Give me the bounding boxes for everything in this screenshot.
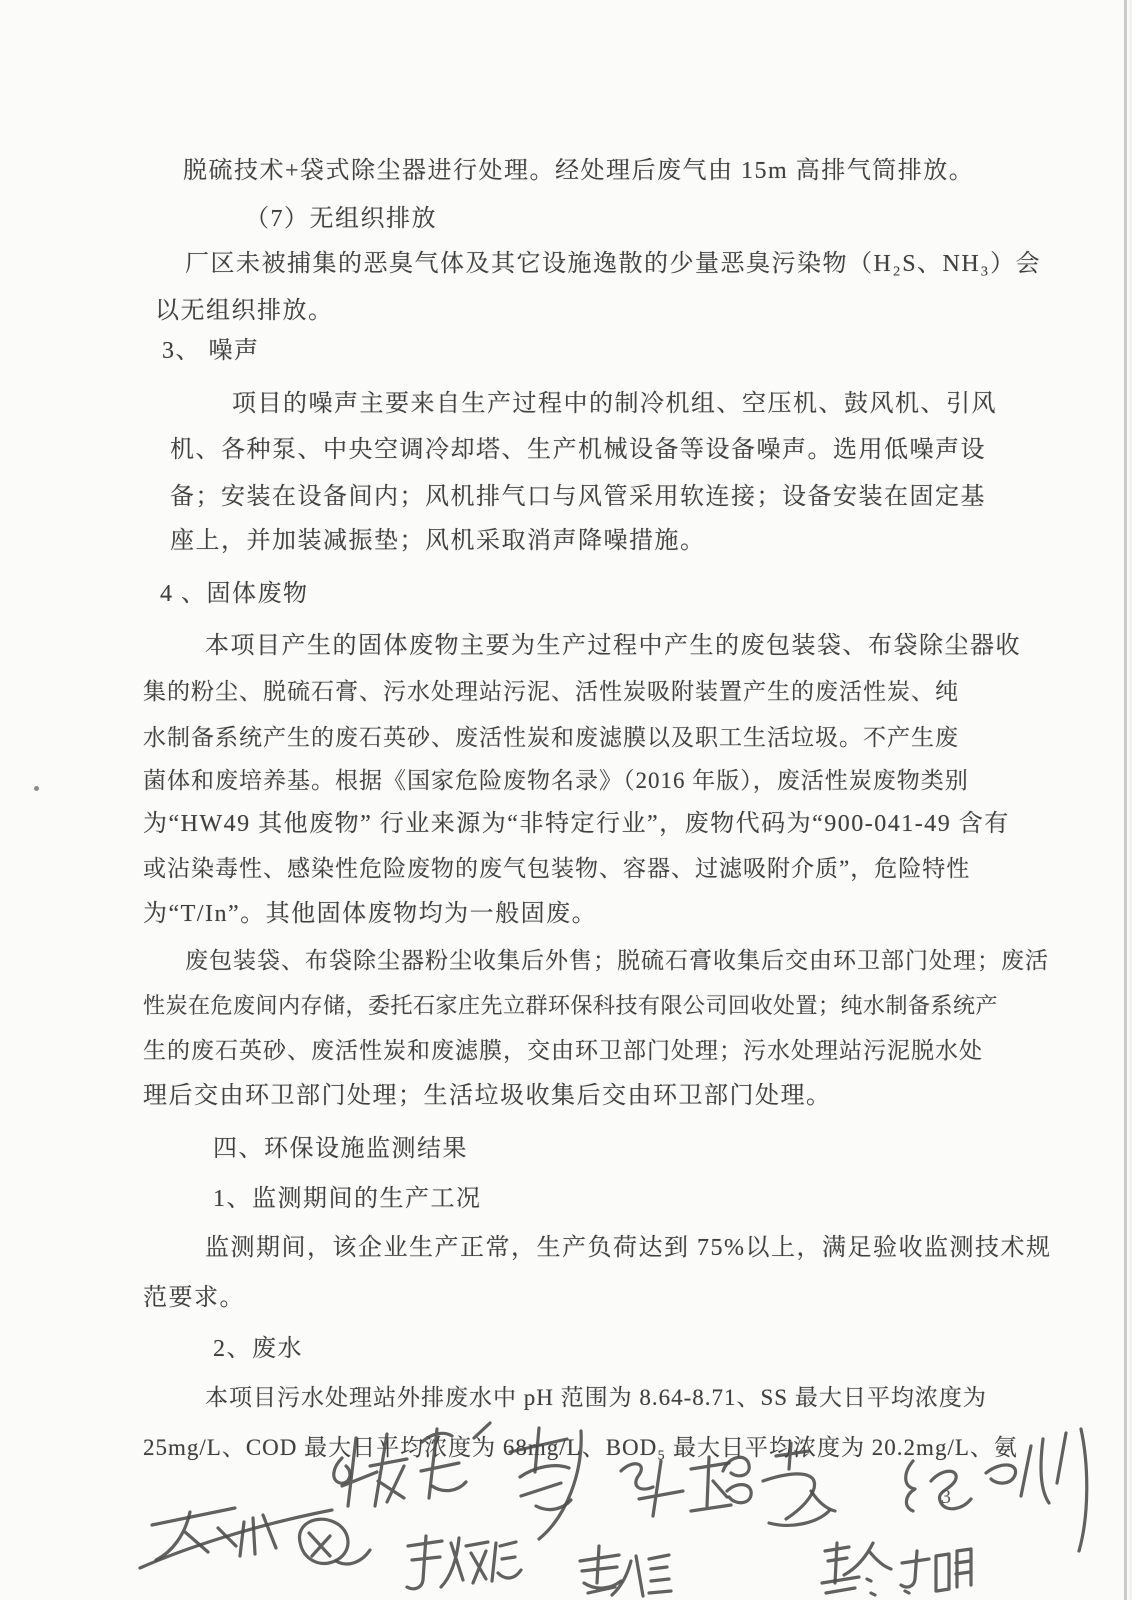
- signature-10: [906, 1429, 1087, 1551]
- para-solid-waste-line-4: 菌体和废培养基。根据《国家危险废物名录》（2016 年版），废活性炭废物类别: [143, 765, 969, 797]
- para-disposal-line-3: 生的废石英砂、废活性炭和废滤膜，交由环卫部门处理；污水处理站污泥脱水处: [143, 1035, 983, 1067]
- signature-7: [723, 1443, 835, 1525]
- para-disposal-line-1: 废包装袋、布袋除尘器粉尘收集后外售；脱硫石膏收集后交由环卫部门处理；废活: [185, 945, 1049, 977]
- scan-edge-line: [1124, 0, 1127, 1600]
- heading-production-status: 1、监测期间的生产工况: [213, 1183, 482, 1215]
- signature-5: [580, 1546, 671, 1596]
- para-production-line-2: 范要求。: [143, 1282, 245, 1314]
- para-noise-line-3: 备；安装在设备间内；风机排气口与风管采用软连接；设备安装在固定基: [170, 481, 986, 513]
- line-flue-gas-treatment: 脱硫技术+袋式除尘器进行处理。经处理后废气由 15m 高排气筒排放。: [183, 155, 974, 187]
- para-solid-waste-line-1: 本项目产生的固体废物主要为生产过程中产生的废包装袋、布袋除尘器收: [205, 630, 1021, 662]
- signature-6: [621, 1457, 731, 1516]
- para-solid-waste-line-3: 水制备系统产生的废石英砂、废活性炭和废滤膜以及职工生活垃圾。不产生废: [143, 722, 959, 754]
- para-fugitive-line-1: 厂区未被捕集的恶臭气体及其它设施逸散的少量恶臭污染物（H₂S、NH₃）会: [185, 248, 1041, 280]
- heading-solid-waste: 4 、固体废物: [160, 578, 309, 610]
- para-disposal-line-2: 性炭在危废间内存储，委托石家庄先立群环保科技有限公司回收处置；纯水制备系统产: [143, 990, 998, 1022]
- para-noise-line-2: 机、各种泵、中央空调冷却塔、生产机械设备等设备噪声。选用低噪声设: [170, 434, 986, 466]
- para-noise-line-1: 项目的噪声主要来自生产过程中的制冷机组、空压机、鼓风机、引风: [232, 388, 997, 420]
- para-fugitive-line-2: 以无组织排放。: [155, 295, 334, 327]
- signature-1: [140, 1508, 370, 1568]
- signature-3: [407, 1536, 521, 1589]
- para-solid-waste-line-5: 为“HW49 其他废物” 行业来源为“非特定行业”，废物代码为“900-041-…: [143, 808, 1010, 840]
- signature-8: [822, 1543, 891, 1595]
- heading-noise: 3、 噪声: [162, 335, 260, 367]
- para-solid-waste-line-6: 或沾染毒性、感染性危险废物的废气包装物、容器、过滤吸附介质”，危险特性: [143, 853, 970, 885]
- para-production-line-1: 监测期间，该企业生产正常，生产负荷达到 75%以上，满足验收监测技术规: [205, 1232, 1052, 1264]
- signature-2: [334, 1423, 490, 1506]
- para-solid-waste-line-7: 为“T/In”。其他固体废物均为一般固废。: [143, 898, 597, 930]
- heading-fugitive-emission: （7）无组织排放: [245, 203, 437, 235]
- scan-speck: [34, 786, 39, 791]
- para-disposal-line-4: 理后交由环卫部门处理；生活垃圾收集后交由环卫部门处理。: [143, 1080, 832, 1112]
- para-noise-line-4: 座上，并加装减振垫；风机采取消声降噪措施。: [170, 525, 706, 557]
- heading-wastewater: 2、废水: [213, 1333, 303, 1365]
- para-solid-waste-line-2: 集的粉尘、脱硫石膏、污水处理站污泥、活性炭吸附装置产生的废活性炭、纯: [143, 676, 959, 708]
- scanned-document-page: 脱硫技术+袋式除尘器进行处理。经处理后废气由 15m 高排气筒排放。 （7）无组…: [0, 0, 1132, 1600]
- signatures-overlay: [90, 1410, 1132, 1600]
- signature-4: [510, 1428, 581, 1539]
- signature-9: [901, 1549, 971, 1593]
- heading-monitoring-results: 四、环保设施监测结果: [213, 1133, 468, 1165]
